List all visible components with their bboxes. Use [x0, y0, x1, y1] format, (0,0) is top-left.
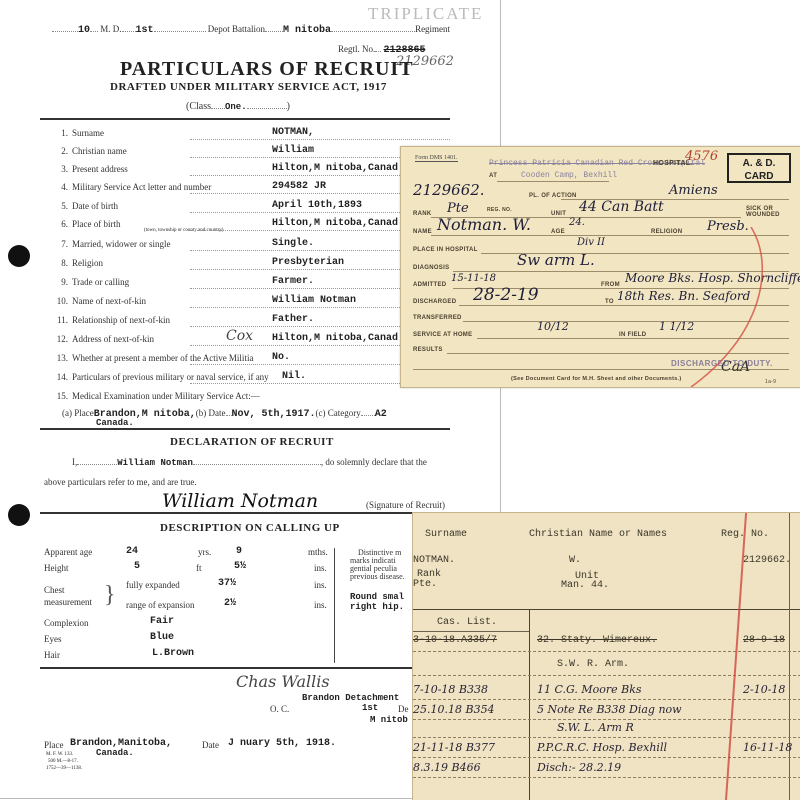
ruled-line — [413, 699, 800, 700]
field-number: 3. — [52, 164, 68, 174]
declaration-heading: DECLARATION OF RECRUIT — [170, 436, 334, 448]
at-value: Cooden Camp, Bexhill — [521, 171, 617, 180]
field-number: 11. — [52, 315, 68, 325]
divider — [413, 609, 800, 610]
marks-brace — [334, 548, 335, 663]
md-number: 10 — [78, 25, 90, 36]
reg-no-value: 2129662. — [743, 555, 791, 566]
field-number: 6. — [52, 219, 68, 229]
discharged-label: DISCHARGED — [413, 299, 456, 305]
field-number: 14. — [52, 372, 68, 382]
declaration-line1: I,William Notman, do solemnly declare th… — [72, 457, 427, 468]
ruled-line — [413, 675, 800, 676]
field-row: 15.Medical Examination under Military Se… — [52, 391, 260, 401]
form-code: M. F. W. 133. — [46, 752, 73, 757]
field-label: Religion — [72, 258, 103, 268]
place-in-hospital-value: Div II — [577, 237, 605, 248]
rank-value: Pte — [447, 201, 469, 216]
field-value: William Notman — [272, 295, 356, 306]
at-label: AT — [489, 173, 497, 179]
field-value: Nil. — [282, 371, 306, 382]
cas-date-entry: 2-10-18 — [743, 683, 785, 696]
reg-no-label: REG. NO. — [487, 207, 512, 213]
oc-label: O. C. — [270, 704, 289, 714]
field-value: Farmer. — [272, 276, 314, 287]
field-label: Relationship of next-of-kin — [72, 315, 170, 325]
marks-value: right hip. — [350, 602, 404, 612]
field-value: NOTMAN, — [272, 127, 314, 138]
cas-detail-entry: S.W. R. Arm. — [557, 659, 629, 670]
apparent-age-label: Apparent age — [44, 547, 92, 557]
field-value: No. — [272, 352, 290, 363]
cas-list-entry: 7-10-18 B338 — [413, 683, 488, 696]
divider — [40, 512, 450, 514]
field-number: 2. — [52, 146, 68, 156]
surname-value: NOTMAN. — [413, 555, 455, 566]
field-value: Hilton,M nitoba,Canad — [272, 218, 398, 229]
admitted-label: ADMITTED — [413, 282, 446, 288]
name-label: NAME — [413, 229, 432, 235]
cas-detail-entry: 32. Staty. Wimereux. — [537, 635, 657, 646]
field-label: Military Service Act letter and number — [72, 182, 211, 192]
field-label: Surname — [72, 128, 104, 138]
field-row: 13.Whether at present a member of the Ac… — [52, 353, 253, 363]
cas-list-entry: 21-11-18 B377 — [413, 741, 495, 754]
ruled-line — [413, 651, 800, 652]
signature-label: (Signature of Recruit) — [366, 500, 445, 510]
field-value: Father. — [272, 314, 314, 325]
range-value: 2½ — [224, 598, 236, 609]
declaration-name: William Notman — [117, 458, 193, 468]
page-subtitle: DRAFTED UNDER MILITARY SERVICE ACT, 1917 — [110, 81, 387, 93]
field-dotted-line — [190, 139, 450, 140]
date-label: Date — [202, 740, 219, 750]
field-row: 12.Address of next-of-kin — [52, 334, 154, 344]
recruit-signature: William Notman — [162, 490, 318, 512]
hair-value: L.Brown — [152, 648, 194, 659]
field-value: April 10th,1893 — [272, 200, 362, 211]
divider — [413, 631, 529, 632]
rank-label: RANK — [413, 211, 432, 217]
oc-detachment: Brandon Detachment — [302, 693, 399, 703]
surname-header: Surname — [425, 529, 467, 540]
card-type: A. & D. — [729, 157, 789, 170]
cas-date-entry: 28-9-18 — [743, 635, 785, 646]
age-years: 24 — [126, 546, 138, 557]
depot-number: 1st — [136, 25, 154, 36]
transferred-label: TRANSFERRED — [413, 315, 462, 321]
field-label: Christian name — [72, 146, 127, 156]
field-number: 12. — [52, 334, 68, 344]
field-label: Trade or calling — [72, 277, 129, 287]
field-label: Address of next-of-kin — [72, 334, 154, 344]
red-pencil-mark — [651, 227, 771, 387]
medical-place-line2: Canada. — [96, 418, 134, 428]
ruled-line — [413, 757, 800, 758]
ad-card-badge: A. & D. CARD — [727, 153, 791, 183]
ruled-line — [413, 737, 800, 738]
field-row: 2.Christian name — [52, 146, 127, 156]
class-row: (ClassOne.) — [186, 101, 290, 112]
depot-label: Depot Battalion — [208, 24, 265, 34]
field-row: 11.Relationship of next-of-kin — [52, 315, 170, 325]
field-number: 4. — [52, 182, 68, 192]
medical-date-label: (b) Date — [196, 408, 226, 418]
name-value: Notman. W. — [437, 215, 531, 234]
ft-label: ft — [196, 563, 202, 573]
casualty-record-card: Surname Christian Name or Names Reg. No.… — [412, 512, 800, 800]
christian-name-header: Christian Name or Names — [529, 529, 667, 540]
cas-list-entry: 25.10.18 B354 — [413, 703, 495, 716]
place-label: Place — [44, 740, 64, 750]
range-label: range of expansion — [126, 600, 194, 610]
field-label: Date of birth — [72, 201, 118, 211]
chest-label-2: measurement — [44, 597, 92, 607]
cas-detail-entry: P.P.C.R.C. Hosp. Bexhill — [537, 741, 667, 754]
ins-label: ins. — [314, 580, 327, 590]
place-line2: Canada. — [96, 748, 134, 758]
results-label: RESULTS — [413, 347, 443, 353]
card-number: 4576 — [685, 149, 718, 164]
oc-signature: Chas Wallis — [236, 672, 330, 691]
field-label: Name of next-of-kin — [72, 296, 146, 306]
place-in-hospital-label: PLACE IN HOSPITAL — [413, 247, 478, 253]
field-value: William — [272, 145, 314, 156]
field-label: Present address — [72, 164, 128, 174]
regiment-label: Regiment — [415, 24, 450, 34]
declaration-text1: , do solemnly declare that the — [321, 457, 427, 467]
field-value: Hilton,M nitoba,Canad — [272, 333, 398, 344]
ruled-line — [413, 719, 800, 720]
pl-action-value: Amiens — [669, 183, 718, 198]
height-ft: 5 — [134, 561, 140, 572]
age-months: 9 — [236, 546, 242, 557]
field-number: 8. — [52, 258, 68, 268]
field-number: 7. — [52, 239, 68, 249]
complexion-label: Complexion — [44, 618, 89, 628]
cas-detail-entry: 5 Note Re B338 Diag now — [537, 703, 682, 716]
sick-wounded-label: SICK OR WOUNDED — [746, 206, 796, 218]
form-code: 1752—39—1138. — [46, 766, 82, 771]
oc-regiment: M nitob — [370, 715, 408, 725]
md-row: 10 M. D.1st Depot BattalionM nitobaRegim… — [52, 24, 450, 36]
field-number: 9. — [52, 277, 68, 287]
field-value: Hilton,M nitoba,Canad — [272, 163, 398, 174]
rank-value: Pte. — [413, 579, 437, 590]
form-number: Form DMS 1401. — [415, 155, 458, 162]
field-row: 10.Name of next-of-kin — [52, 296, 146, 306]
ins-label: ins. — [314, 600, 327, 610]
field-row: 8.Religion — [52, 258, 103, 268]
hair-label: Hair — [44, 650, 60, 660]
field-number: 1. — [52, 128, 68, 138]
divider — [40, 118, 450, 120]
punch-hole — [8, 504, 30, 526]
field-row: 5.Date of birth — [52, 201, 118, 211]
medical-category: A2 — [375, 409, 387, 420]
form-code: 500 M.—8-17. — [48, 759, 78, 764]
class-value: One. — [225, 102, 247, 112]
field-label: Place of birth — [72, 219, 121, 229]
triplicate-stamp: TRIPLICATE — [368, 4, 483, 24]
fully-expanded-label: fully expanded — [126, 580, 180, 590]
chest-label: Chest — [44, 585, 65, 595]
regt-no-value: 2129662. — [413, 181, 485, 199]
field-annotation: Cox — [226, 328, 253, 344]
medical-date: Nov, 5th,1917. — [232, 409, 316, 420]
cas-detail-entry: S.W. L. Arm R — [557, 721, 634, 734]
field-row: 1.Surname — [52, 128, 104, 138]
punch-hole — [8, 245, 30, 267]
md-label: M. D. — [100, 24, 121, 34]
complexion-value: Fair — [150, 616, 174, 627]
field-row: 7.Married, widower or single — [52, 239, 170, 249]
service-home-value: 10/12 — [537, 320, 569, 333]
field-label: Particulars of previous military or nava… — [72, 372, 269, 382]
column-divider — [529, 609, 530, 800]
hospital-admission-card: Form DMS 1401. Princess Patricia Canadia… — [400, 146, 800, 388]
field-row: 4.Military Service Act letter and number — [52, 182, 211, 192]
age-value: 24. — [569, 217, 585, 228]
field-label: Medical Examination under Military Servi… — [72, 391, 260, 401]
regiment-value: M nitoba — [283, 25, 331, 36]
field-number: 13. — [52, 353, 68, 363]
cas-list-entry: 8.3.19 B466 — [413, 761, 481, 774]
description-heading: DESCRIPTION ON CALLING UP — [160, 522, 340, 534]
fully-expanded: 37½ — [218, 578, 236, 589]
eyes-label: Eyes — [44, 634, 62, 644]
eyes-value: Blue — [150, 632, 174, 643]
unit-value: 44 Can Batt — [579, 199, 664, 215]
class-close: ) — [287, 101, 290, 112]
height-label: Height — [44, 563, 69, 573]
marks-label: previous disease. — [350, 572, 405, 581]
class-label: (Class — [186, 101, 211, 112]
field-row: 6.Place of birth — [52, 219, 121, 229]
cas-list-entry: 3-10-18.A335/7 — [413, 635, 497, 646]
cas-detail-entry: 11 C.G. Moore Bks — [537, 683, 642, 696]
unit-value: Man. 44. — [561, 580, 609, 591]
divider — [40, 428, 450, 430]
field-value: Single. — [272, 238, 314, 249]
medical-category-label: (c) Category — [316, 408, 361, 418]
cas-list-header: Cas. List. — [437, 617, 497, 628]
regtl-no-label: Regtl. No. — [338, 44, 375, 54]
oc-depot: 1st — [362, 703, 378, 713]
oc-depot-suffix: De — [398, 704, 409, 714]
page-title: PARTICULARS OF RECRUIT — [120, 58, 414, 81]
height-in: 5½ — [234, 561, 246, 572]
field-row: 14.Particulars of previous military or n… — [52, 372, 269, 382]
ins-label: ins. — [314, 563, 327, 573]
field-row: 3.Present address — [52, 164, 128, 174]
field-value: Presbyterian — [272, 257, 344, 268]
cas-detail-entry: Disch:- 28.2.19 — [537, 761, 621, 774]
ruled-line — [413, 777, 800, 778]
declaration-prefix: I, — [72, 457, 77, 467]
field-label: Whether at present a member of the Activ… — [72, 353, 253, 363]
diagnosis-value: Sw arm L. — [517, 251, 595, 269]
marks-value: Round smal — [350, 592, 404, 602]
christian-name-value: W. — [569, 555, 581, 566]
field-number: 5. — [52, 201, 68, 211]
field-value: 294582 JR — [272, 181, 326, 192]
date-value: J nuary 5th, 1918. — [228, 738, 336, 749]
yrs-label: yrs. — [198, 547, 211, 557]
mths-label: mths. — [308, 547, 328, 557]
discharged-value: 28-2-19 — [473, 285, 539, 305]
card-type: CARD — [729, 170, 789, 183]
service-home-label: SERVICE AT HOME — [413, 332, 472, 338]
medical-place-label: (a) Place — [62, 408, 94, 418]
chest-brace: } — [104, 582, 116, 609]
diagnosis-label: DIAGNOSIS — [413, 265, 449, 271]
field-row: 9.Trade or calling — [52, 277, 129, 287]
divider — [40, 667, 450, 669]
declaration-text2: above particulars refer to me, and are t… — [44, 477, 197, 487]
field-number: 15. — [52, 391, 68, 401]
admitted-value: 15-11-18 — [451, 273, 496, 284]
field-label: Married, widower or single — [72, 239, 170, 249]
cas-date-entry: 16-11-18 — [743, 741, 792, 754]
field-number: 10. — [52, 296, 68, 306]
